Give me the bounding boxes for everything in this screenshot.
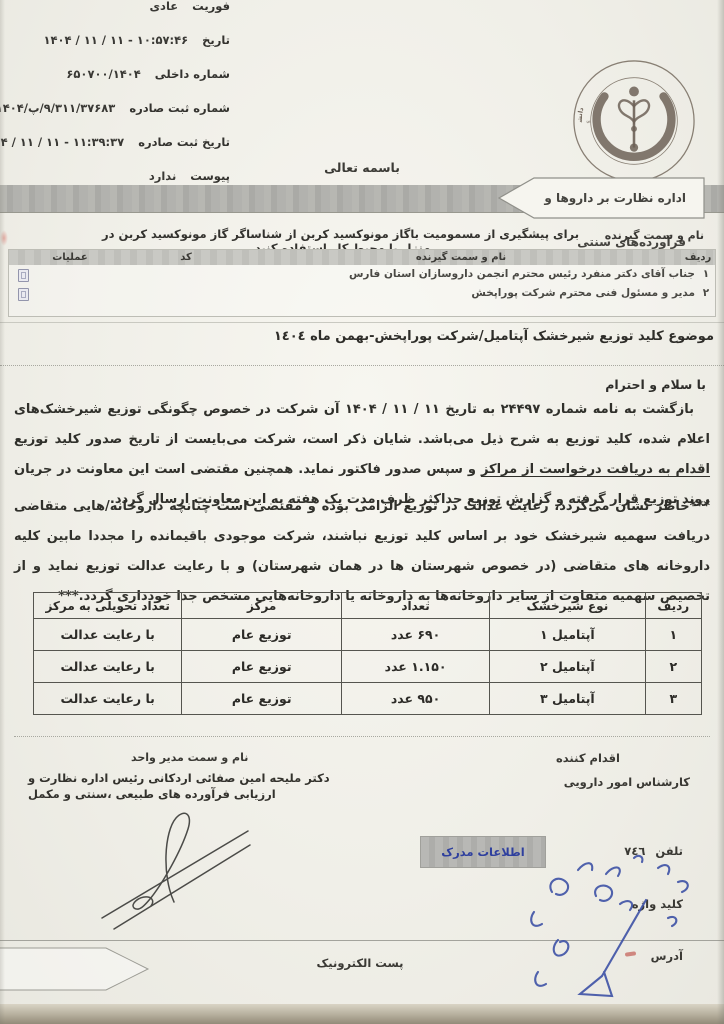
actor-value: کارشناس امور دارویی [564, 775, 690, 789]
recipient-number: ۲ [697, 284, 715, 303]
col-recipient-name: نام و سمت گیرنده [241, 250, 681, 265]
header-row-number: ردیف [645, 593, 701, 619]
footer-divider [14, 736, 710, 737]
handwritten-signature [90, 798, 360, 948]
meta-date: تاریخ ۱۴۰۴ / ۱۱ / ۱۱ - ۱۰:۵۷:۴۶ [0, 30, 230, 51]
priority-label: فوریت [192, 0, 230, 17]
logo-crescent-emblem [597, 87, 672, 157]
registration-number-label: شماره ثبت صادره [129, 98, 230, 119]
svg-text:دانشگاه علوم پزشکی و خدمات بهد: دانشگاه علوم پزشکی و خدمات بهداشتی درمان… [570, 57, 586, 123]
header-delivered: تعداد تحویلی به مرکز [34, 593, 182, 619]
p1-text-before: بازگشت به نامه شماره ۲۴۴۹۷ به تاریخ ۱۱ /… [14, 402, 710, 447]
salutation: با سلام و احترام [605, 377, 706, 392]
divider-line [0, 365, 724, 366]
recipient-row: ۲ مدیر و مسئول فنی محترم شرکت پوراپخش [9, 284, 715, 303]
date-value: ۱۴۰۴ / ۱۱ / ۱۱ - ۱۰:۵۷:۴۶ [43, 30, 188, 51]
header-milk-type: نوع شیرخشک [490, 593, 645, 619]
table-row: ۳ آپتامیل ۳ ۹۵۰ عدد توزیع عام با رعایت ع… [34, 683, 702, 715]
cell-center: توزیع عام [182, 651, 342, 683]
recipient-side-label: نام و سمت گیرنده [605, 229, 704, 242]
meta-registration-number: شماره ثبت صادره ص/۱۴۰۴/پ/۹/۳۱۱/۳۷۶۸۳ [0, 98, 230, 119]
cell-row-number: ۱ [645, 619, 701, 651]
cell-row-number: ۲ [645, 651, 701, 683]
cell-delivered: با رعایت عدالت [34, 619, 182, 651]
cell-row-number: ۳ [645, 683, 701, 715]
actor-label: اقدام کننده [556, 751, 620, 765]
p1-underlined-phrase: اقدام به دریافت درخواست از مراکز [481, 462, 710, 477]
scan-right-edge [717, 0, 724, 1024]
registration-number-value: ص/۱۴۰۴/پ/۹/۳۱۱/۳۷۶۸۳ [0, 98, 115, 119]
col-actions: عملیات [9, 250, 131, 265]
cell-delivered: با رعایت عدالت [34, 651, 182, 683]
cell-milk-type: آپتامیل ۳ [490, 683, 645, 715]
internal-number-label: شماره داخلی [155, 64, 230, 85]
logo-top-text: دانشگاه علوم پزشکی و خدمات بهداشتی درمان… [570, 57, 586, 123]
blue-pen-scribble [518, 848, 703, 1003]
table-row: ۲ آپتامیل ۲ ۱.۱۵۰ عدد توزیع عام با رعایت… [34, 651, 702, 683]
cell-quantity: ۱.۱۵۰ عدد [342, 651, 490, 683]
header-center: مرکز [182, 593, 342, 619]
registration-date-label: تاریخ ثبت صادره [138, 132, 230, 153]
row-action-icon[interactable] [18, 288, 29, 301]
cell-quantity: ۹۵۰ عدد [342, 683, 490, 715]
bottom-pennant-shape [0, 944, 152, 994]
col-row-number: ردیف [681, 250, 715, 265]
cell-milk-type: آپتامیل ۲ [490, 651, 645, 683]
recipients-header-row: ردیف نام و سمت گیرنده کد عملیات [9, 250, 715, 265]
row-action-icon[interactable] [18, 269, 29, 282]
cell-center: توزیع عام [182, 683, 342, 715]
cell-quantity: ۶۹۰ عدد [342, 619, 490, 651]
header-quantity: تعداد [342, 593, 490, 619]
email-label: پست الکترونیک [290, 956, 430, 970]
priority-value: عادی [150, 0, 179, 17]
distribution-table: ردیف نوع شیرخشک تعداد مرکز تعداد تحویلی … [33, 592, 702, 715]
cell-delivered: با رعایت عدالت [34, 683, 182, 715]
meta-internal-number: شماره داخلی ۶۵۰۷۰۰/۱۴۰۴ [0, 64, 230, 85]
recipients-table: ردیف نام و سمت گیرنده کد عملیات ۱ جناب آ… [8, 249, 716, 317]
cell-milk-type: آپتامیل ۱ [490, 619, 645, 651]
divider-line [0, 322, 724, 323]
meta-priority: فوریت عادی [0, 0, 230, 17]
distribution-header-row: ردیف نوع شیرخشک تعداد مرکز تعداد تحویلی … [34, 593, 702, 619]
recipient-row: ۱ جناب آقای دکتر منفرد رئیس محترم انجمن … [9, 265, 715, 284]
cell-center: توزیع عام [182, 619, 342, 651]
recipient-name: مدیر و مسئول فنی محترم شرکت پوراپخش [471, 284, 697, 303]
registration-date-value: ۱۴۰۴ / ۱۱ / ۱۱ - ۱۱:۳۹:۳۷ [0, 132, 124, 153]
unit-manager-label: نام و سمت مدیر واحد [131, 751, 248, 764]
recipient-number: ۱ [697, 265, 715, 284]
table-row: ۱ آپتامیل ۱ ۶۹۰ عدد توزیع عام با رعایت ع… [34, 619, 702, 651]
bismillah: باسمه تعالی [0, 160, 724, 175]
internal-number-value: ۶۵۰۷۰۰/۱۴۰۴ [66, 64, 140, 85]
col-code: کد [131, 250, 241, 265]
date-label: تاریخ [202, 30, 230, 51]
department-banner: اداره نظارت بر داروها و فرآورده‌های سنتی [506, 176, 686, 220]
meta-registration-date: تاریخ ثبت صادره ۱۴۰۴ / ۱۱ / ۱۱ - ۱۱:۳۹:۳… [0, 132, 230, 153]
scanned-letter-page: فوریت عادی تاریخ ۱۴۰۴ / ۱۱ / ۱۱ - ۱۰:۵۷:… [0, 0, 724, 1024]
subject-line: موضوع کلید توزیع شیرخشک آپتامیل/شرکت پور… [274, 329, 714, 344]
recipient-name: جناب آقای دکتر منفرد رئیس محترم انجمن دا… [349, 265, 697, 284]
scan-left-edge [0, 0, 5, 1024]
scan-bottom-edge [0, 1004, 724, 1024]
